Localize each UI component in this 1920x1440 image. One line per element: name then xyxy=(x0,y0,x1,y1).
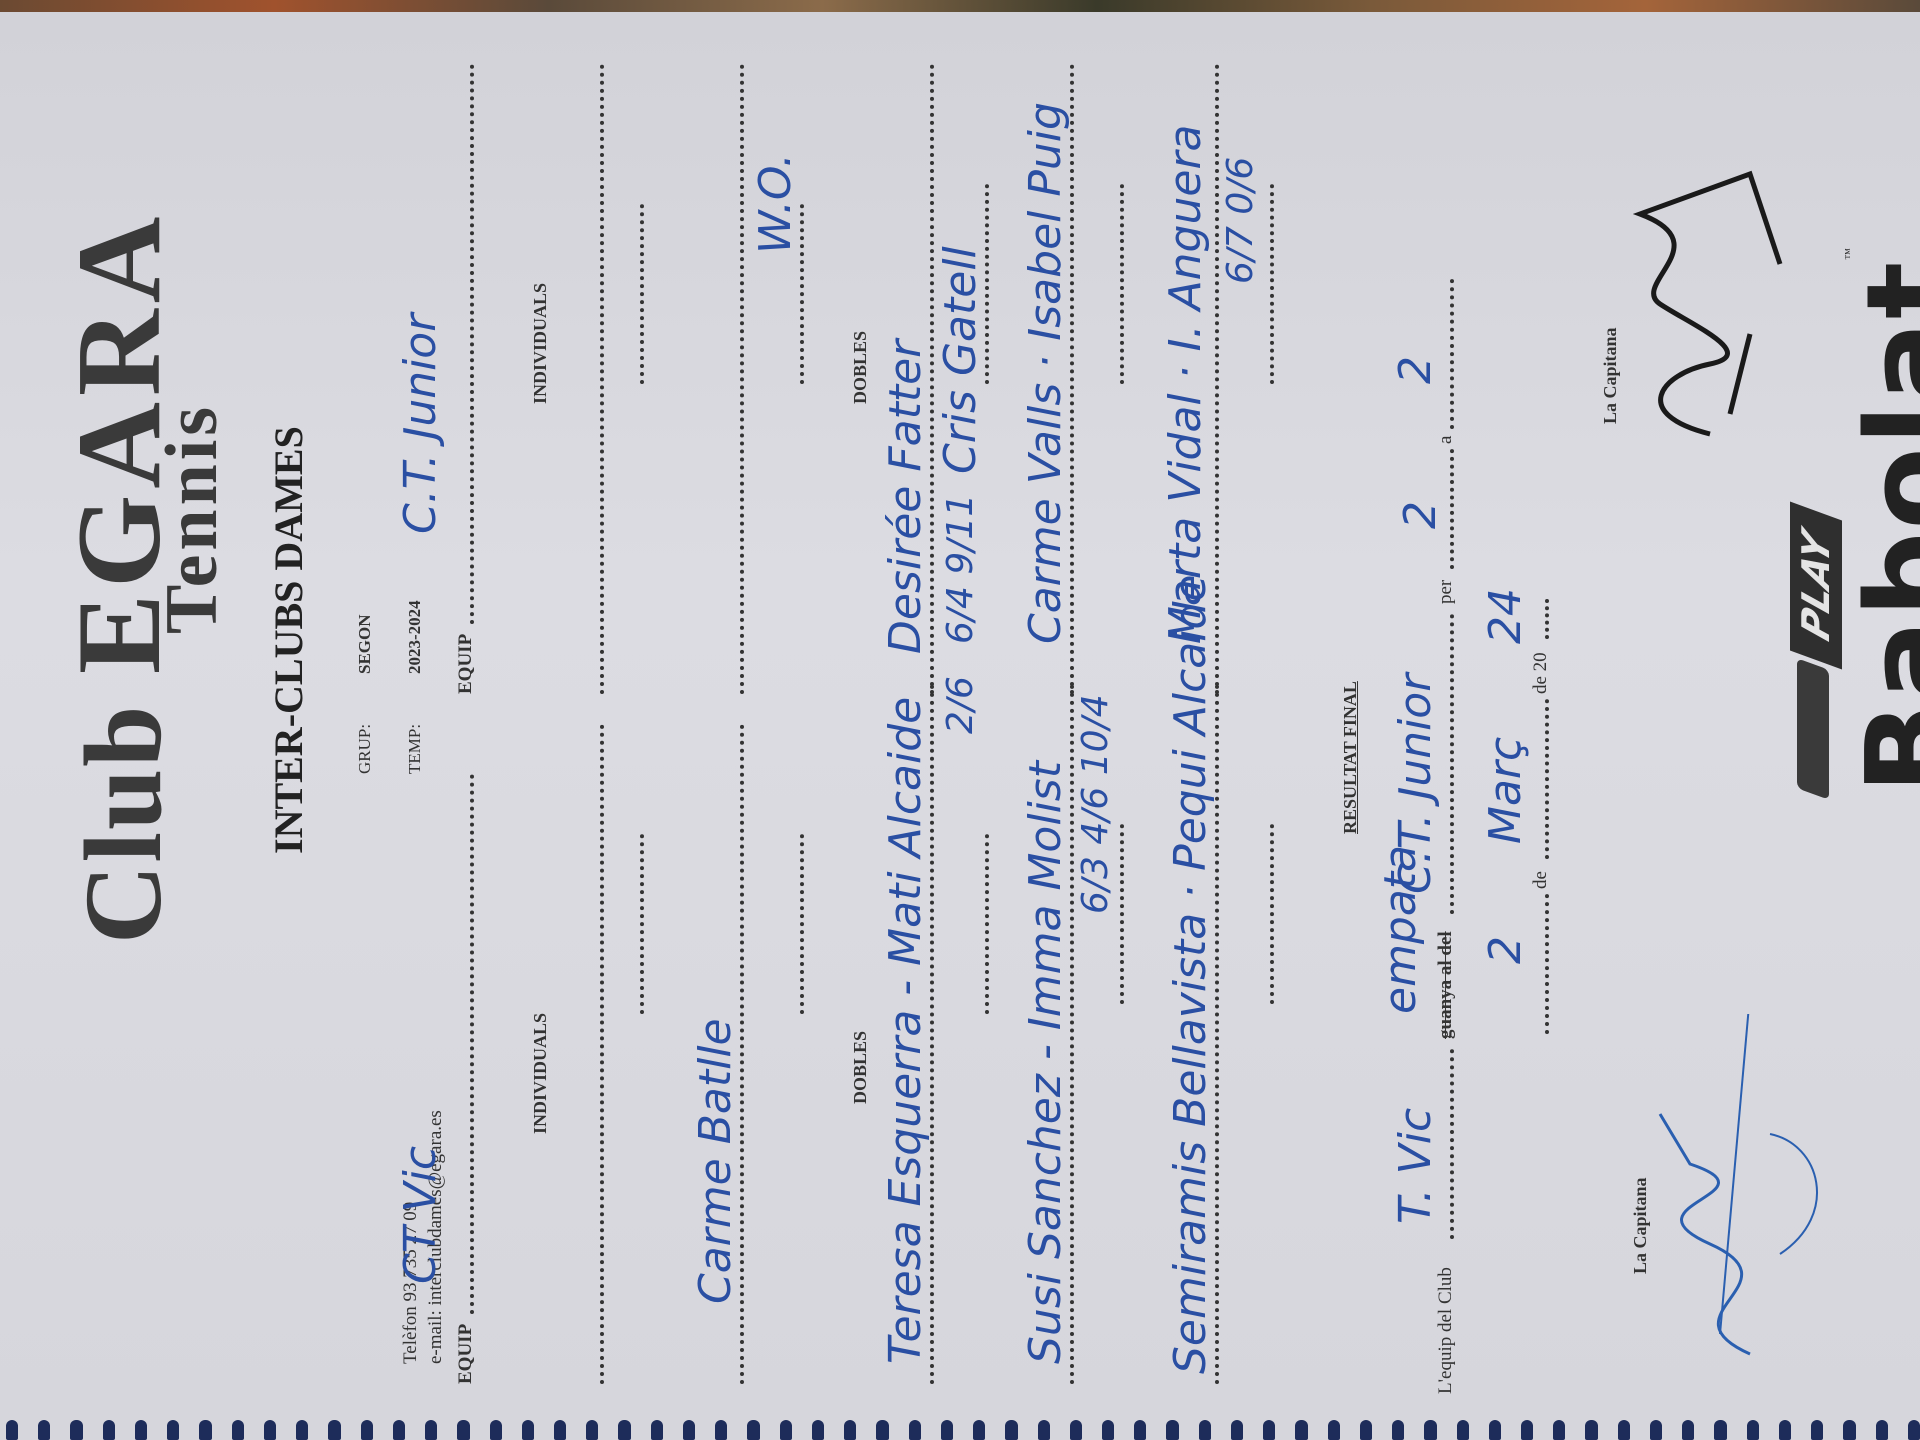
sponsor-logo: PLAY Babolat™ xyxy=(1790,6,1920,794)
doubles-left-2-score: 6/3 4/6 10/4 xyxy=(1075,694,1116,914)
individuals-left-heading: INDIVIDUALS xyxy=(530,1013,551,1134)
individual-right-3: W.O. xyxy=(750,153,801,254)
equip-left-label: EQUIP xyxy=(455,1324,477,1384)
interclubs-form: Club EGARA Tennis INTER-CLUBS DAMES GRUP… xyxy=(0,6,1920,1434)
babolat-wordmark: Babolat xyxy=(1842,260,1920,794)
score-a: 2 xyxy=(1395,501,1446,529)
equip-right-label: EQUIP xyxy=(455,634,477,694)
equip-right-value: C.T. Junior xyxy=(395,314,446,534)
signature-right xyxy=(1600,154,1800,474)
temp-label: TEMP: xyxy=(405,724,425,774)
year-value: 24 xyxy=(1480,588,1531,644)
page-title: INTER-CLUBS DAMES xyxy=(265,426,312,854)
play-badge: PLAY xyxy=(1790,502,1842,670)
equip-left-value: CT Vic xyxy=(395,1146,446,1284)
score-b: 2 xyxy=(1390,356,1441,384)
play-stripe-icon xyxy=(1797,658,1829,800)
doubles-left-1: Teresa Esquerra - Mati Alcaide xyxy=(880,697,931,1364)
printed-struck-text: guanya al del xyxy=(1435,931,1457,1039)
a-label: a xyxy=(1435,436,1457,444)
logo-tennis: Tennis xyxy=(150,403,235,634)
individual-left-2: Carme Batlle xyxy=(690,1018,741,1304)
individuals-right-heading: INDIVIDUALS xyxy=(530,283,551,404)
doubles-right-1: Desirée Fatter xyxy=(880,340,931,654)
club-label: L'equip del Club xyxy=(1435,1267,1457,1394)
doubles-right-1-score: 6/4 9/11 xyxy=(940,494,981,644)
grup-label: GRUP: xyxy=(355,724,375,774)
doubles-right-2: Carme Valls · Isabel Puig xyxy=(1020,102,1071,644)
doubles-right-1-score-left: 2/6 xyxy=(940,676,981,734)
grup-value: SEGON xyxy=(355,614,375,674)
de-label-1: de xyxy=(1530,871,1552,889)
de-label-2: de 20 xyxy=(1530,652,1552,694)
day-value: 2 xyxy=(1480,936,1531,964)
doubles-right-3-score: 6/7 0/6 xyxy=(1220,157,1261,284)
month-value: Març xyxy=(1480,737,1531,844)
temp-value: 2023-2024 xyxy=(405,600,425,674)
per-label: per xyxy=(1435,580,1457,604)
result-heading: RESULTAT FINAL xyxy=(1340,681,1361,834)
doubles-left-2: Susi Sanchez - Imma Molist xyxy=(1020,761,1071,1364)
spiral-binding xyxy=(0,1420,1920,1440)
dobles-right-heading: DOBLES xyxy=(850,331,871,404)
logo-club: Club xyxy=(60,704,187,944)
doubles-left-3: Semiramis Bellavista · Pequi Alcaide xyxy=(1165,575,1216,1375)
dobles-left-heading: DOBLES xyxy=(850,1031,871,1104)
signature-left xyxy=(1600,1014,1840,1374)
doubles-right-3: Marta Vidal · I. Anguera xyxy=(1160,125,1211,645)
club-value: T. Vic xyxy=(1390,1108,1441,1224)
doubles-right-1-pair2: Cris Gatell xyxy=(935,246,986,474)
opponent-value: C.T. Junior xyxy=(1390,674,1441,894)
